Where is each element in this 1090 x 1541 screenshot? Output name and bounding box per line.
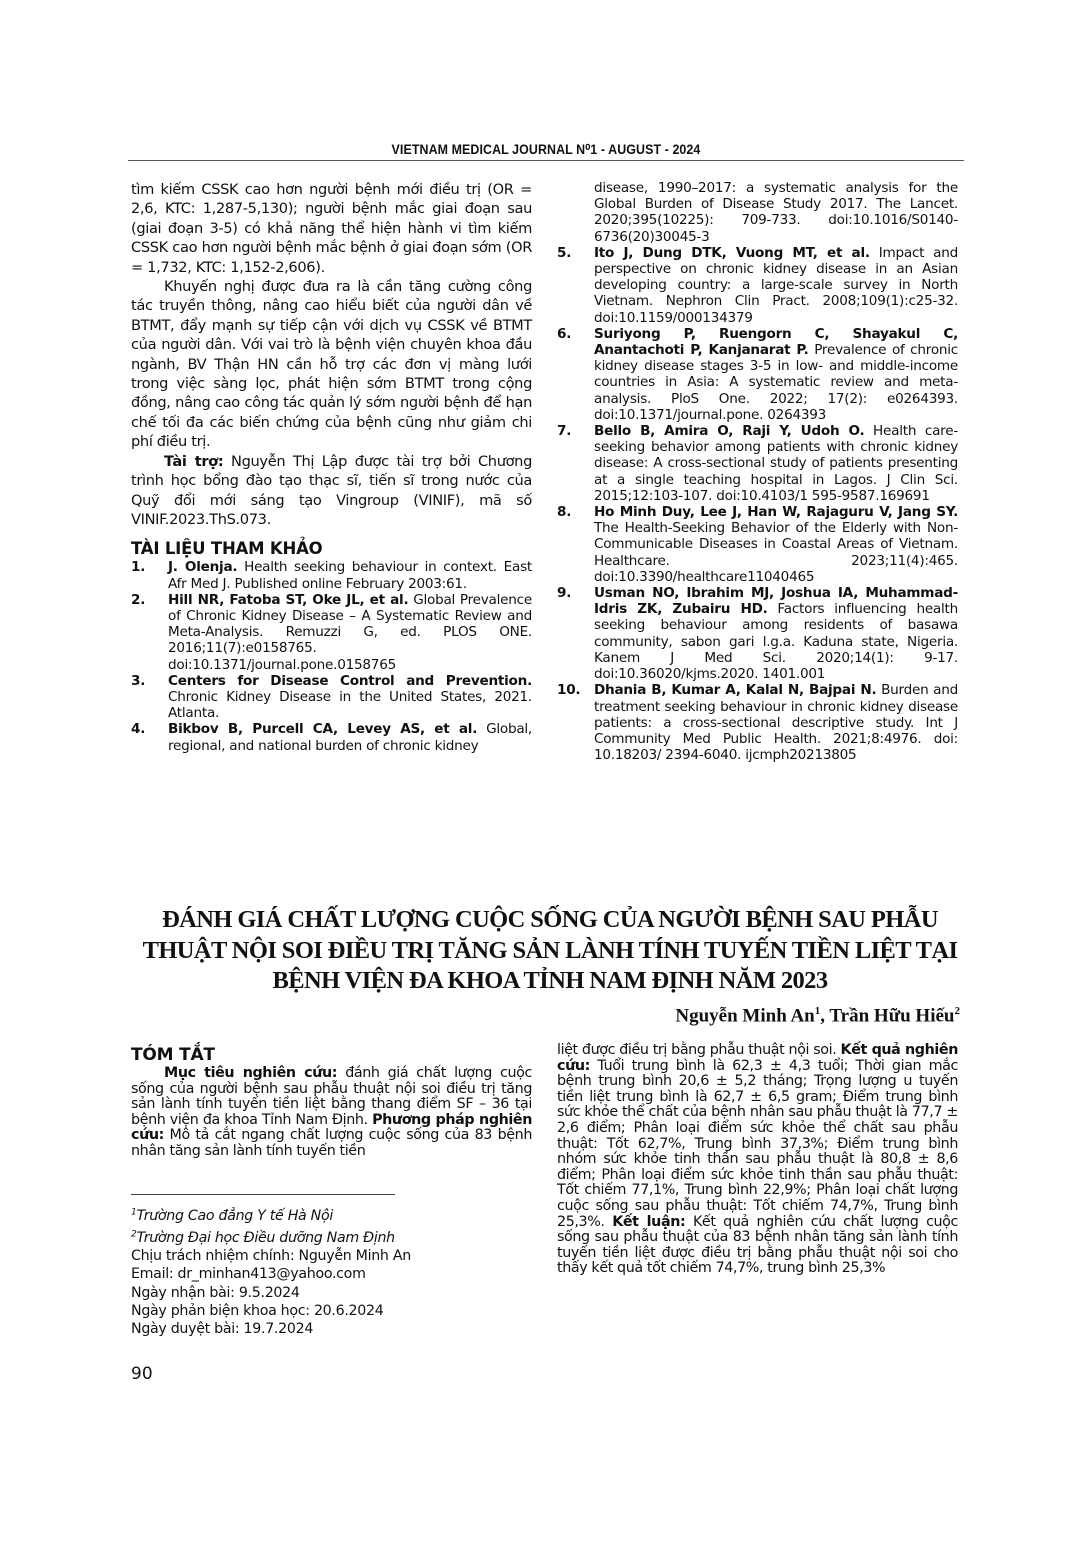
funding-paragraph: Tài trợ: Nguyễn Thị Lập được tài trợ bởi… bbox=[131, 452, 532, 530]
article-title: ĐÁNH GIÁ CHẤT LƯỢNG CUỘC SỐNG CỦA NGƯỜI … bbox=[130, 905, 970, 997]
reference-item: 1.J. Olenja. Health seeking behaviour in… bbox=[131, 559, 532, 591]
affiliation-1: 1Trường Cao đẳng Y tế Hà Nội bbox=[131, 1203, 411, 1225]
recommendation-paragraph: Khuyến nghị được đưa ra là cần tăng cườn… bbox=[131, 277, 532, 452]
date-received: Ngày nhận bài: 9.5.2024 bbox=[131, 1284, 411, 1302]
abstract-heading: TÓM TẮT bbox=[131, 1045, 215, 1065]
reference-item: 6.Suriyong P, Ruengorn C, Shayakul C, An… bbox=[557, 326, 958, 423]
reference-item: 8.Ho Minh Duy, Lee J, Han W, Rajaguru V,… bbox=[557, 504, 958, 585]
reference-item: 3.Centers for Disease Control and Preven… bbox=[131, 673, 532, 722]
page-number: 90 bbox=[131, 1364, 153, 1384]
reference-item: 4.Bikbov B, Purcell CA, Levey AS, et al.… bbox=[131, 721, 532, 753]
left-column: tìm kiếm CSSK cao hơn người bệnh mới điề… bbox=[131, 180, 532, 754]
references-heading: TÀI LIỆU THAM KHẢO bbox=[131, 539, 532, 559]
reference-item: 2.Hill NR, Fatoba ST, Oke JL, et al. Glo… bbox=[131, 592, 532, 673]
abstract-right: liệt được điều trị bằng phẫu thuật nội s… bbox=[557, 1043, 958, 1277]
objective-label: Mục tiêu nghiên cứu: bbox=[164, 1065, 337, 1081]
footnotes: 1Trường Cao đẳng Y tế Hà Nội 2Trường Đại… bbox=[131, 1203, 411, 1339]
abstract-left: Mục tiêu nghiên cứu: đánh giá chất lượng… bbox=[131, 1066, 532, 1160]
reference-item: 9.Usman NO, Ibrahim MJ, Joshua IA, Muham… bbox=[557, 585, 958, 682]
reference-item: 7.Bello B, Amira O, Raji Y, Udoh O. Heal… bbox=[557, 423, 958, 504]
date-accepted: Ngày duyệt bài: 19.7.2024 bbox=[131, 1320, 411, 1338]
right-column: disease, 1990–2017: a systematic analysi… bbox=[557, 180, 958, 763]
affiliation-2: 2Trường Đại học Điều dưỡng Nam Định bbox=[131, 1225, 411, 1247]
reference-item: 5.Ito J, Dung DTK, Vuong MT, et al. Impa… bbox=[557, 245, 958, 326]
conclusion-label: Kết luận: bbox=[612, 1214, 685, 1230]
reference-continuation: disease, 1990–2017: a systematic analysi… bbox=[557, 180, 958, 245]
conclusion-paragraph: tìm kiếm CSSK cao hơn người bệnh mới điề… bbox=[131, 180, 532, 277]
journal-header: VIETNAM MEDICAL JOURNAL N⁰1 - AUGUST - 2… bbox=[161, 142, 930, 158]
funding-label: Tài trợ: bbox=[164, 453, 223, 470]
reference-item: 10.Dhania B, Kumar A, Kalal N, Bajpai N.… bbox=[557, 682, 958, 763]
email: Email: dr_minhan413@yahoo.com bbox=[131, 1265, 411, 1283]
responsible-author: Chịu trách nhiệm chính: Nguyễn Minh An bbox=[131, 1247, 411, 1265]
header-rule bbox=[128, 160, 964, 161]
date-reviewed: Ngày phản biện khoa học: 20.6.2024 bbox=[131, 1302, 411, 1320]
article-authors: Nguyễn Minh An1, Trần Hữu Hiếu2 bbox=[675, 1005, 960, 1027]
footnote-rule bbox=[131, 1194, 395, 1195]
